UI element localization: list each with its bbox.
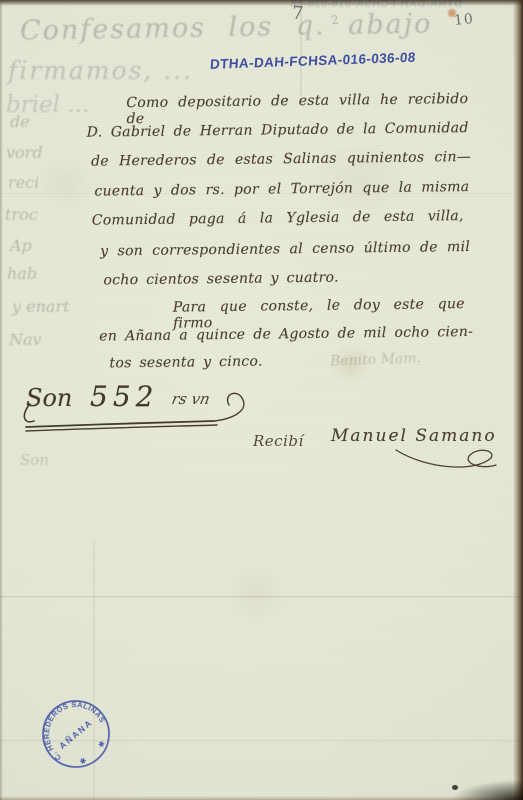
letter-line: Como depositario de esta villa he recibi… bbox=[126, 91, 468, 119]
amount-unit: rs vn bbox=[170, 390, 212, 408]
scan-edge-bottom bbox=[0, 796, 523, 800]
scanned-document-page: DTHA-DAH-FCHSA-016-036-08 Confesamos los… bbox=[0, 0, 523, 800]
stamp-center-text: AÑANA bbox=[57, 717, 95, 751]
scan-edge-left bbox=[0, 0, 3, 800]
letter-line: y son correspondientes al censo último d… bbox=[100, 239, 470, 268]
letter-line: Comunidad paga á la Yglesia de esta vill… bbox=[92, 208, 464, 237]
letter-line: Para que conste, le doy este que firmo bbox=[173, 296, 465, 324]
signature-prefix: Recibí bbox=[253, 432, 304, 450]
amount-total-line: Son 552 rs vn bbox=[16, 380, 266, 442]
letter-line: ocho cientos sesenta y cuatro. bbox=[103, 269, 363, 296]
scan-edge-top bbox=[0, 0, 523, 6]
signature-rubric-flourish bbox=[390, 444, 508, 480]
scan-edge-right bbox=[513, 0, 523, 800]
letter-line: cuenta y dos rs. por el Torrejón que la … bbox=[94, 179, 469, 208]
letter-line: D. Gabriel de Herran Diputado de la Comu… bbox=[87, 120, 469, 149]
amount-prefix: Son bbox=[26, 384, 72, 412]
scan-corner-shadow bbox=[453, 780, 523, 800]
letter-line: en Añana a quince de Agosto de mil ocho … bbox=[99, 324, 473, 353]
amount-value: 552 bbox=[90, 380, 158, 413]
letter-line: de Herederos de estas Salinas quinientos… bbox=[91, 149, 471, 178]
signature-name: Manuel Samano bbox=[331, 426, 497, 446]
letter-line: tos sesenta y cinco. bbox=[109, 353, 309, 379]
